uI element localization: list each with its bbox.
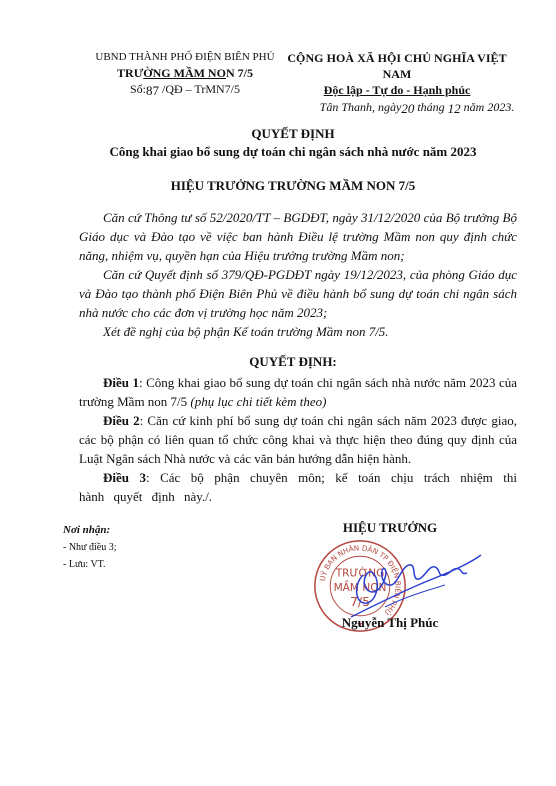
document-date: Tân Thanh, ngày20 tháng 12 năm 2023. xyxy=(272,98,522,116)
nation-name: CỘNG HOÀ XÃ HỘI CHỦ NGHĨA VIỆT NAM xyxy=(272,50,522,82)
article-1: Điều 1: Công khai giao bổ sung dự toán c… xyxy=(79,373,517,411)
articles: Điều 1: Công khai giao bổ sung dự toán c… xyxy=(79,373,517,506)
decision-heading: QUYẾT ĐỊNH: xyxy=(0,354,556,370)
national-motto: Độc lập - Tự do - Hạnh phúc xyxy=(272,82,522,98)
preamble-basis-2: Căn cứ Quyết định số 379/QĐ-PGDĐT ngày 1… xyxy=(79,265,517,322)
recipients-heading: Nơi nhận: xyxy=(63,522,116,539)
handwritten-signature-icon xyxy=(345,545,485,625)
signer-name: Nguyễn Thị Phúc xyxy=(300,615,480,631)
preamble-proposal: Xét đề nghị của bộ phận Kế toán trường M… xyxy=(79,322,517,341)
national-header-block: CỘNG HOÀ XÃ HỘI CHỦ NGHĨA VIỆT NAM Độc l… xyxy=(272,50,522,116)
article-3: Điều 3: Các bộ phận chuyên môn; kế toán … xyxy=(79,468,517,506)
article-2: Điều 2: Căn cứ kinh phí bổ sung dự toán … xyxy=(79,411,517,468)
signer-title: HIỆU TRƯỞNG xyxy=(300,520,480,536)
recipient-item: - Lưu: VT. xyxy=(63,556,116,573)
recipients-block: Nơi nhận: - Như điều 3; - Lưu: VT. xyxy=(63,522,116,573)
document-title: QUYẾT ĐỊNH xyxy=(0,126,556,142)
preamble: Căn cứ Thông tư số 52/2020/TT – BGDĐT, n… xyxy=(79,208,517,341)
document-subtitle: Công khai giao bổ sung dự toán chi ngân … xyxy=(0,144,556,160)
preamble-basis-1: Căn cứ Thông tư số 52/2020/TT – BGDĐT, n… xyxy=(79,208,517,265)
recipient-item: - Như điều 3; xyxy=(63,539,116,556)
issuer-title: HIỆU TRƯỞNG TRƯỜNG MẦM NON 7/5 xyxy=(0,178,556,194)
